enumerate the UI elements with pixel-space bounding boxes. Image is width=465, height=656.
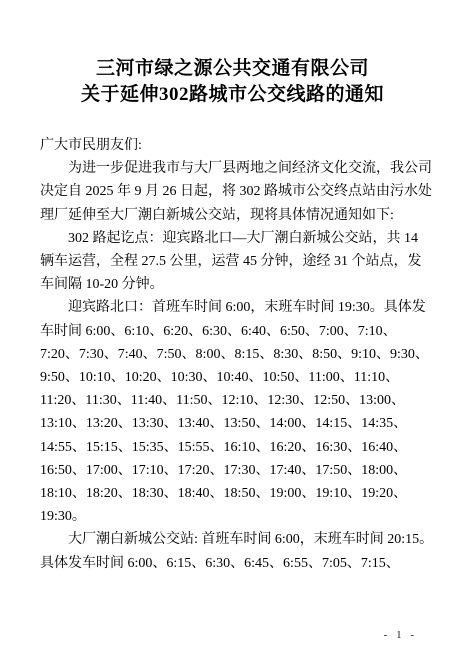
timetable-line: 19:30。 [40,505,428,528]
body-line: 辆车运营，全程 27.5 公里，运营 45 分钟，途经 31 个站点，发 [40,250,428,273]
document-title: 三河市绿之源公共交通有限公司 关于延伸302路城市公交线路的通知 [0,56,465,108]
title-line-2: 关于延伸302路城市公交线路的通知 [0,82,465,108]
body-line: 理厂延伸至大厂潮白新城公交站，现将具体情况通知如下: [40,204,428,227]
timetable-line: 16:50、17:00、17:10、17:20、17:30、17:40、17:5… [40,459,428,482]
body-line: 车间隔 10-20 分钟。 [40,273,428,296]
timetable-line: 13:10、13:20、13:30、13:40、13:50、14:00、14:1… [40,412,428,435]
body-line: 大厂潮白新城公交站: 首班车时间 6:00，末班车时间 20:15。 [40,528,428,551]
timetable-line: 18:10、18:20、18:30、18:40、18:50、19:00、19:1… [40,482,428,505]
timetable-line: 7:20、7:30、7:40、7:50、8:00、8:15、8:30、8:50、… [40,343,428,366]
timetable-line: 车时间 6:00、6:10、6:20、6:30、6:40、6:50、7:00、7… [40,320,428,343]
body-line: 302 路起讫点：迎宾路北口—大厂潮白新城公交站，共 14 [40,227,428,250]
title-line-1: 三河市绿之源公共交通有限公司 [0,56,465,82]
timetable-line: 9:50、10:10、10:20、10:30、10:40、10:50、11:00… [40,366,428,389]
salutation-line: 广大市民朋友们: [40,134,428,157]
timetable-line: 具体发车时间 6:00、6:15、6:30、6:45、6:55、7:05、7:1… [40,552,428,575]
body-line: 迎宾路北口：首班车时间 6:00，末班车时间 19:30。具体发 [40,296,428,319]
body-line: 为进一步促进我市与大厂县两地之间经济文化交流，我公司 [40,157,428,180]
page-number: - 1 - [384,629,417,641]
timetable-line: 14:55、15:15、15:35、15:55、16:10、16:20、16:3… [40,436,428,459]
document-page: 三河市绿之源公共交通有限公司 关于延伸302路城市公交线路的通知 广大市民朋友们… [0,0,465,656]
document-body: 广大市民朋友们: 为进一步促进我市与大厂县两地之间经济文化交流，我公司 决定自 … [40,134,428,575]
timetable-line: 11:20、11:30、11:40、11:50、12:10、12:30、12:5… [40,389,428,412]
body-line: 决定自 2025 年 9 月 26 日起，将 302 路城市公交终点站由污水处 [40,180,428,203]
